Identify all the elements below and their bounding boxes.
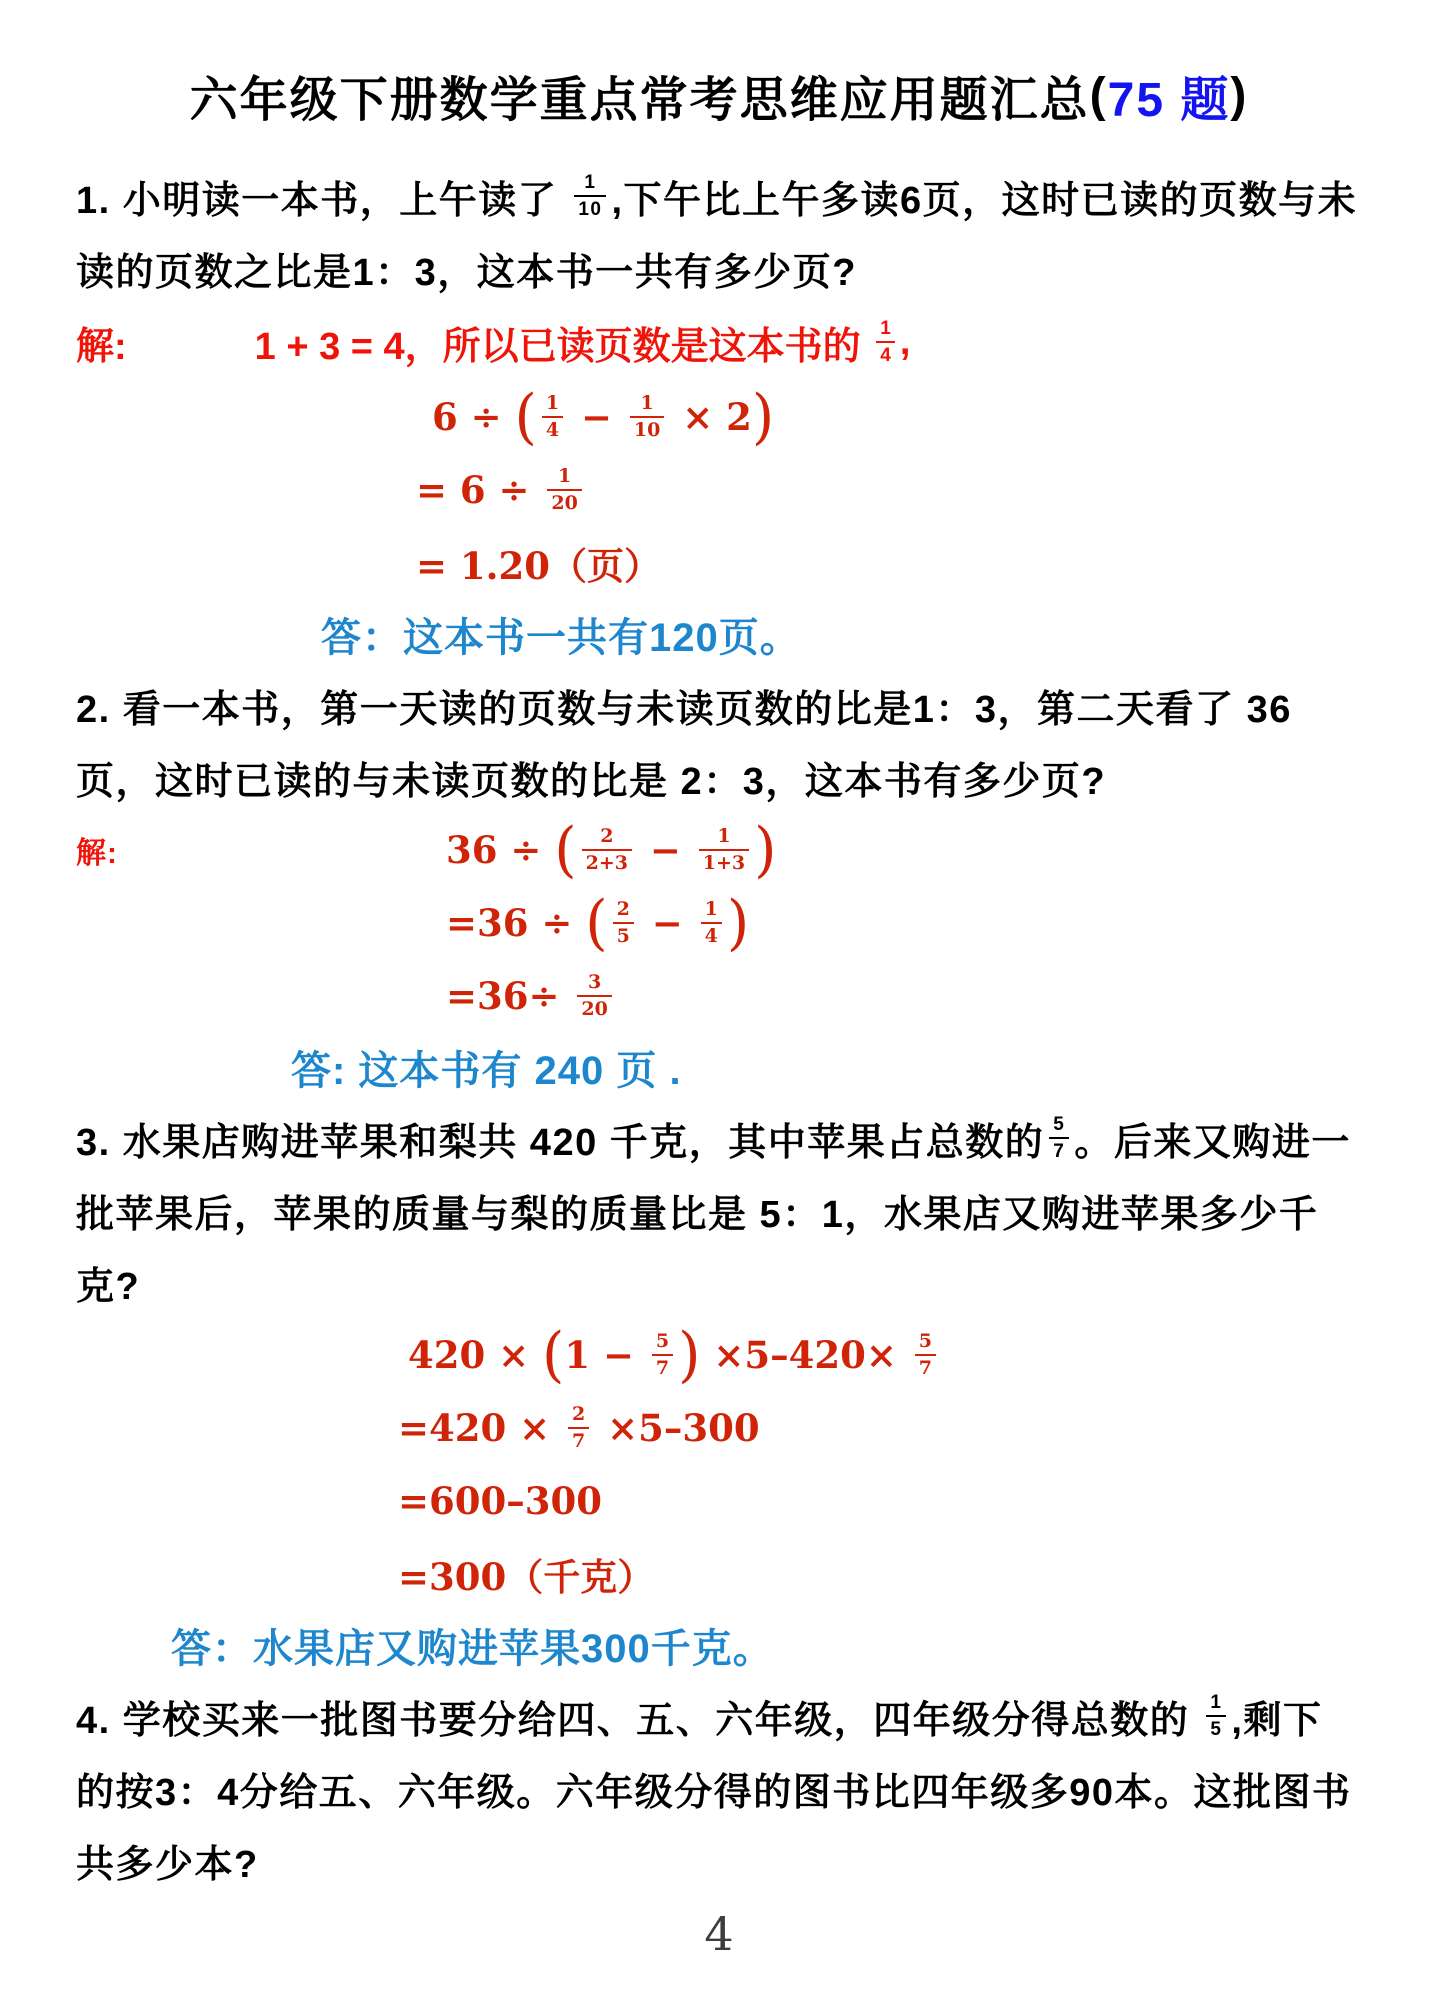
text-segment: ×5–420× <box>701 1333 910 1377</box>
text-segment: × 2 <box>669 395 752 439</box>
paren: ( <box>585 892 607 952</box>
problem-3-statement-line: 克? <box>76 1246 1362 1318</box>
fraction: 14 <box>876 319 895 365</box>
text-segment: =36 ÷ <box>446 901 585 945</box>
text-segment: 2. 看一本书，第一天读的页数与未读页数的比是1：3，第二天看了 36 <box>76 678 1292 733</box>
paren: ) <box>727 892 749 952</box>
paren: ) <box>678 1324 700 1384</box>
problem-2-equation-line: =36÷ 320 <box>76 959 1362 1032</box>
text-segment: − <box>637 828 694 872</box>
text-segment: =600–300 <box>398 1479 602 1523</box>
fraction: 11+3 <box>699 827 749 873</box>
problem-1: 1. 小明读一本书，上午读了 110,下午比上午多读6页，这时已读的页数与未读的… <box>76 160 1362 669</box>
text-segment: =36÷ <box>446 974 572 1018</box>
problem-1-statement-line: 1. 小明读一本书，上午读了 110,下午比上午多读6页，这时已读的页数与未 <box>76 160 1362 232</box>
paren: ( <box>515 386 537 446</box>
fraction: 110 <box>574 173 606 219</box>
text-segment: 克? <box>76 1255 140 1310</box>
paren: ) <box>754 819 776 879</box>
fraction: 320 <box>577 973 611 1019</box>
page-number: 4 <box>76 1902 1362 1966</box>
text-segment: 的按3：4分给五、六年级。六年级分得的图书比四年级多90本。这批图书 <box>76 1761 1352 1816</box>
fraction: 15 <box>1206 1693 1226 1739</box>
text-segment: − <box>568 395 625 439</box>
fraction: 14 <box>542 394 563 440</box>
problem-4: 4. 学校买来一批图书要分给四、五、六年级，四年级分得总数的 15,剩下的按3：… <box>76 1680 1362 1896</box>
problem-3-equation-line: 420 × (1 − 57) ×5–420× 57 <box>76 1318 1362 1391</box>
problem-3-equation-line: =300（千克） <box>76 1537 1362 1610</box>
problem-1-statement-line: 读的页数之比是1：3，这本书一共有多少页? <box>76 232 1362 304</box>
fraction: 25 <box>613 900 634 946</box>
problem-2-equation-line: 解:36 ÷ (22+3 − 11+3) <box>76 813 1362 886</box>
text-segment: 420 × <box>408 1333 542 1377</box>
problem-1-equation-line: = 6 ÷ 120 <box>76 453 1362 526</box>
spacer <box>127 342 255 343</box>
paren: ( <box>542 1324 564 1384</box>
text-segment: − <box>639 901 696 945</box>
worksheet-page: { "colors": { "title_highlight": "#1414f… <box>0 0 1440 2008</box>
problem-4-statement-line: 共多少本? <box>76 1824 1362 1896</box>
fraction: 57 <box>652 1332 673 1378</box>
text-segment: 。后来又购进一 <box>1074 1111 1351 1166</box>
fraction: 120 <box>547 467 581 513</box>
text-segment: =420 × <box>398 1406 563 1450</box>
fraction: 27 <box>568 1405 589 1451</box>
problem-3-statement-line: 批苹果后，苹果的质量与梨的质量比是 5：1，水果店又购进苹果多少千 <box>76 1174 1362 1246</box>
fraction: 57 <box>1049 1115 1069 1161</box>
text-segment: 1 − <box>564 1333 647 1377</box>
problems-container: 1. 小明读一本书，上午读了 110,下午比上午多读6页，这时已读的页数与未读的… <box>76 160 1362 1896</box>
problem-2: 2. 看一本书，第一天读的页数与未读页数的比是1：3，第二天看了 36页，这时已… <box>76 669 1362 1102</box>
fraction: 22+3 <box>582 827 632 873</box>
title-text: 六年级下册数学重点常考思维应用题汇总 <box>190 61 1090 130</box>
problem-4-statement-line: 的按3：4分给五、六年级。六年级分得的图书比四年级多90本。这批图书 <box>76 1752 1362 1824</box>
problem-2-statement-line: 2. 看一本书，第一天读的页数与未读页数的比是1：3，第二天看了 36 <box>76 669 1362 741</box>
text-segment: = 6 ÷ <box>416 468 542 512</box>
fraction: 57 <box>915 1332 936 1378</box>
problem-4-statement-line: 4. 学校买来一批图书要分给四、五、六年级，四年级分得总数的 15,剩下 <box>76 1680 1362 1752</box>
text-segment: ,剩下 <box>1231 1689 1322 1744</box>
text-segment: ×5–300 <box>594 1406 759 1450</box>
problem-1-equation-line: = 1.20（页） <box>76 526 1362 599</box>
text-segment: 36 ÷ <box>446 828 554 872</box>
text-segment: 答: 这本书有 240 页 . <box>291 1039 682 1096</box>
paren: ) <box>752 386 774 446</box>
paren: ( <box>554 819 576 879</box>
text-segment: 批苹果后，苹果的质量与梨的质量比是 5：1，水果店又购进苹果多少千 <box>76 1183 1318 1238</box>
problem-3-equation-line: =600–300 <box>76 1464 1362 1537</box>
text-segment: 解: <box>76 315 127 370</box>
text-segment: 答：水果店又购进苹果300千克。 <box>171 1617 774 1674</box>
solution-label: 解: <box>76 828 118 872</box>
problem-3-answer-line: 答：水果店又购进苹果300千克。 <box>76 1610 1362 1680</box>
fraction: 14 <box>701 900 722 946</box>
problem-2-statement-line: 页，这时已读的与未读页数的比是 2：3，这本书有多少页? <box>76 741 1362 813</box>
title-paren-close: ) <box>1230 68 1248 123</box>
fraction: 110 <box>630 394 664 440</box>
text-segment: 共多少本? <box>76 1833 259 1888</box>
text-segment: 6 ÷ <box>432 395 515 439</box>
title-highlight: 75 题 <box>1108 61 1231 130</box>
text-segment: 答：这本书一共有120页。 <box>321 606 801 663</box>
problem-2-answer-line: 答: 这本书有 240 页 . <box>76 1032 1362 1102</box>
text-segment: ,下午比上午多读6页，这时已读的页数与未 <box>611 169 1357 224</box>
problem-2-equation-line: =36 ÷ (25 − 14) <box>76 886 1362 959</box>
problem-3-equation-line: =420 × 27 ×5–300 <box>76 1391 1362 1464</box>
text-segment: , <box>900 321 911 364</box>
text-segment: 读的页数之比是1：3，这本书一共有多少页? <box>76 241 857 296</box>
text-segment: 3. 水果店购进苹果和梨共 420 千克，其中苹果占总数的 <box>76 1111 1044 1166</box>
problem-1-equation-line: 6 ÷ (14 − 110 × 2) <box>76 380 1362 453</box>
problem-3-statement-line: 3. 水果店购进苹果和梨共 420 千克，其中苹果占总数的57。后来又购进一 <box>76 1102 1362 1174</box>
text-segment: = 1.20（页） <box>416 536 661 590</box>
text-segment: 4. 学校买来一批图书要分给四、五、六年级，四年级分得总数的 <box>76 1689 1201 1744</box>
text-segment: 1. 小明读一本书，上午读了 <box>76 169 569 224</box>
page-title: 六年级下册数学重点常考思维应用题汇总(75 题) <box>76 58 1362 132</box>
title-paren-open: ( <box>1090 68 1108 123</box>
problem-1-answer-line: 答：这本书一共有120页。 <box>76 599 1362 669</box>
problem-1-solution-line: 解:1 + 3 = 4，所以已读页数是这本书的 14, <box>76 304 1362 380</box>
text-segment: 页，这时已读的与未读页数的比是 2：3，这本书有多少页? <box>76 750 1106 805</box>
text-segment: 1 + 3 = 4，所以已读页数是这本书的 <box>255 315 872 370</box>
text-segment: =300（千克） <box>398 1547 654 1601</box>
problem-3: 3. 水果店购进苹果和梨共 420 千克，其中苹果占总数的57。后来又购进一批苹… <box>76 1102 1362 1680</box>
